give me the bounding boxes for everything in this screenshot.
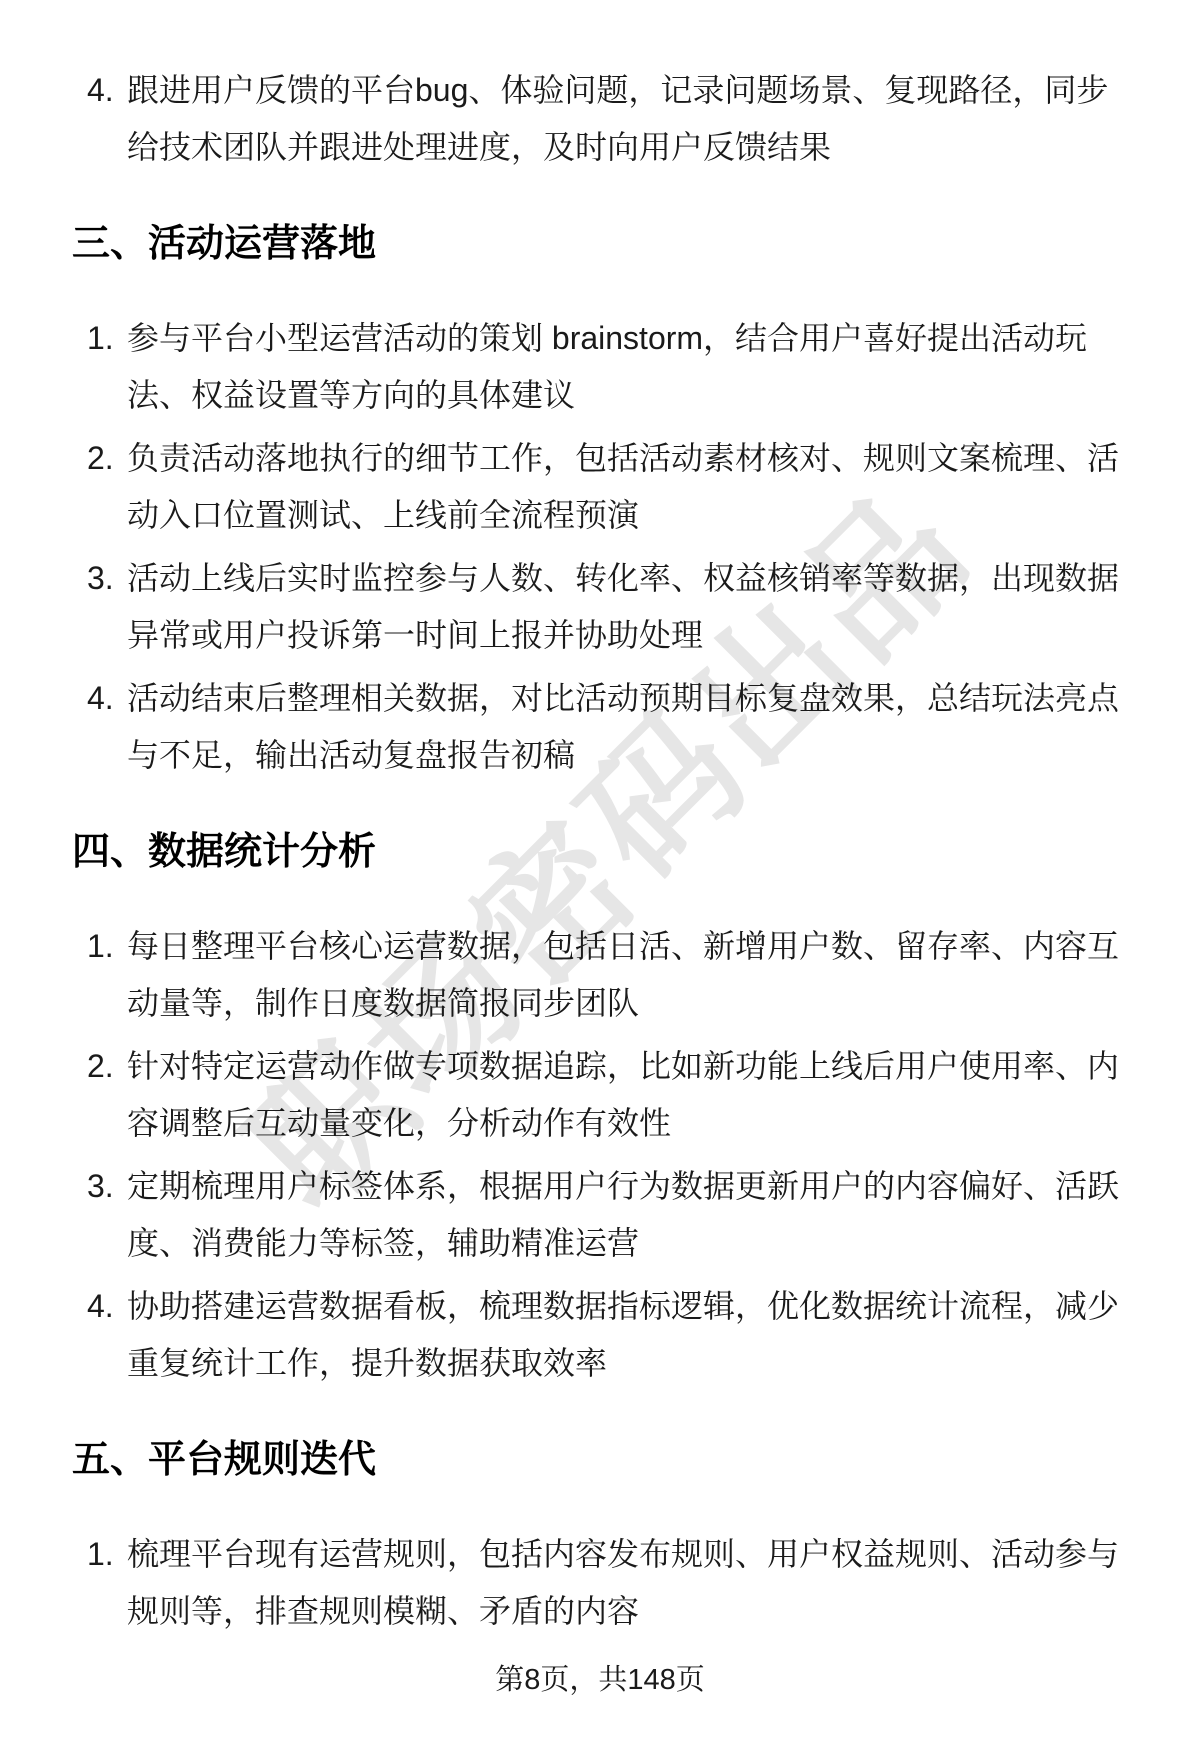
document-content: 4. 跟进用户反馈的平台bug、体验问题，记录问题场景、复现路径，同步给技术团队… — [0, 0, 1200, 1709]
list-item-text: 活动结束后整理相关数据，对比活动预期目标复盘效果，总结玩法亮点与不足，输出活动复… — [127, 670, 1127, 784]
document-page: 职场密码出品 4. 跟进用户反馈的平台bug、体验问题，记录问题场景、复现路径，… — [0, 0, 1200, 1755]
list-item-number: 2. — [87, 430, 127, 544]
list-item: 3. 定期梳理用户标签体系，根据用户行为数据更新用户的内容偏好、活跃度、消费能力… — [87, 1158, 1200, 1272]
list-item-number: 1. — [87, 918, 127, 1032]
list-item-number: 4. — [87, 670, 127, 784]
list-item: 4. 活动结束后整理相关数据，对比活动预期目标复盘效果，总结玩法亮点与不足，输出… — [87, 670, 1200, 784]
list-item-number: 4. — [87, 1278, 127, 1392]
list-item-text: 针对特定运营动作做专项数据追踪，比如新功能上线后用户使用率、内容调整后互动量变化… — [127, 1038, 1127, 1152]
list-item-number: 3. — [87, 1158, 127, 1272]
list-item: 1. 每日整理平台核心运营数据，包括日活、新增用户数、留存率、内容互动量等，制作… — [87, 918, 1200, 1032]
section-heading-3: 三、活动运营落地 — [72, 212, 1200, 276]
list-item: 3. 活动上线后实时监控参与人数、转化率、权益核销率等数据，出现数据异常或用户投… — [87, 550, 1200, 664]
list-item: 4. 跟进用户反馈的平台bug、体验问题，记录问题场景、复现路径，同步给技术团队… — [87, 62, 1200, 176]
list-item-number: 4. — [87, 62, 127, 176]
list-item: 4. 协助搭建运营数据看板，梳理数据指标逻辑，优化数据统计流程，减少重复统计工作… — [87, 1278, 1200, 1392]
page-footer: 第8页，共148页 — [0, 1652, 1200, 1709]
list-item: 2. 负责活动落地执行的细节工作，包括活动素材核对、规则文案梳理、活动入口位置测… — [87, 430, 1200, 544]
section-heading-5: 五、平台规则迭代 — [72, 1428, 1200, 1492]
list-item-text: 定期梳理用户标签体系，根据用户行为数据更新用户的内容偏好、活跃度、消费能力等标签… — [127, 1158, 1127, 1272]
list-item-text: 负责活动落地执行的细节工作，包括活动素材核对、规则文案梳理、活动入口位置测试、上… — [127, 430, 1127, 544]
list-item-text: 活动上线后实时监控参与人数、转化率、权益核销率等数据，出现数据异常或用户投诉第一… — [127, 550, 1127, 664]
list-item-number: 1. — [87, 310, 127, 424]
list-item-number: 2. — [87, 1038, 127, 1152]
list-item: 2. 针对特定运营动作做专项数据追踪，比如新功能上线后用户使用率、内容调整后互动… — [87, 1038, 1200, 1152]
section-heading-4: 四、数据统计分析 — [72, 820, 1200, 884]
list-item-text: 协助搭建运营数据看板，梳理数据指标逻辑，优化数据统计流程，减少重复统计工作，提升… — [127, 1278, 1127, 1392]
list-item-text: 跟进用户反馈的平台bug、体验问题，记录问题场景、复现路径，同步给技术团队并跟进… — [127, 62, 1127, 176]
list-item-number: 1. — [87, 1526, 127, 1640]
list-item-text: 参与平台小型运营活动的策划 brainstorm，结合用户喜好提出活动玩法、权益… — [127, 310, 1127, 424]
list-item: 1. 参与平台小型运营活动的策划 brainstorm，结合用户喜好提出活动玩法… — [87, 310, 1200, 424]
list-item-text: 梳理平台现有运营规则，包括内容发布规则、用户权益规则、活动参与规则等，排查规则模… — [127, 1526, 1127, 1640]
list-item-text: 每日整理平台核心运营数据，包括日活、新增用户数、留存率、内容互动量等，制作日度数… — [127, 918, 1127, 1032]
list-item-number: 3. — [87, 550, 127, 664]
list-item: 1. 梳理平台现有运营规则，包括内容发布规则、用户权益规则、活动参与规则等，排查… — [87, 1526, 1200, 1640]
